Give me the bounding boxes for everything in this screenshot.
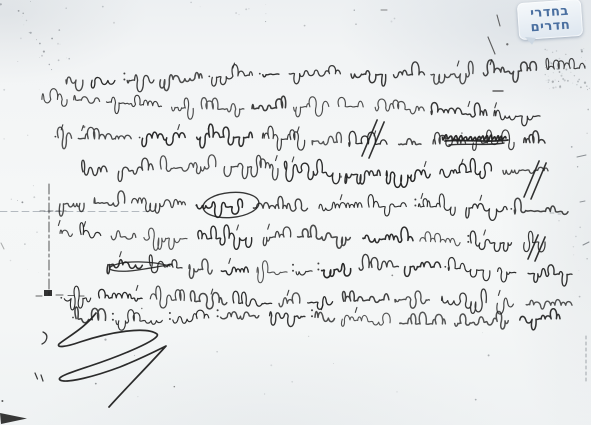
handwritten-word bbox=[308, 297, 333, 310]
noise-speck bbox=[17, 61, 18, 62]
colon-dot bbox=[123, 79, 125, 81]
handwritten-word bbox=[284, 159, 339, 183]
noise-speck bbox=[58, 59, 60, 61]
colon-dot bbox=[112, 313, 114, 315]
stamp-stray-stroke-1 bbox=[497, 15, 500, 26]
noise-speck bbox=[141, 308, 142, 309]
noise-speck bbox=[23, 24, 24, 25]
geresh-mark bbox=[136, 285, 138, 290]
handwritten-word bbox=[263, 74, 279, 77]
noise-speck bbox=[39, 272, 40, 273]
handwritten-word bbox=[520, 309, 560, 330]
stamp-stray-stroke-2 bbox=[488, 37, 495, 54]
handwritten-word bbox=[298, 225, 351, 248]
noise-speck bbox=[24, 243, 25, 244]
noise-speck bbox=[394, 18, 396, 20]
period-dot bbox=[60, 297, 62, 299]
noise-speck bbox=[556, 50, 557, 51]
handwritten-word bbox=[466, 204, 507, 221]
noise-speck bbox=[586, 133, 587, 134]
handwritten-word bbox=[42, 89, 67, 107]
geresh-mark bbox=[84, 222, 86, 227]
geresh-mark bbox=[468, 102, 470, 107]
noise-speck bbox=[475, 399, 477, 401]
period-dot bbox=[510, 208, 512, 210]
noise-speck bbox=[190, 2, 192, 4]
geresh-mark bbox=[495, 103, 497, 108]
noise-speck bbox=[581, 49, 583, 51]
noise-speck bbox=[587, 90, 588, 91]
noise-speck bbox=[488, 354, 490, 356]
noise-speck bbox=[245, 8, 247, 10]
manuscript-line bbox=[60, 285, 572, 314]
geresh-mark bbox=[355, 307, 357, 312]
noise-speck bbox=[18, 10, 20, 12]
noise-speck bbox=[482, 332, 483, 333]
noise-speck bbox=[573, 254, 574, 255]
handwritten-word bbox=[221, 312, 259, 320]
geresh-mark bbox=[340, 195, 342, 200]
noise-speck bbox=[555, 86, 557, 88]
stamp-tail bbox=[524, 37, 536, 45]
handwritten-word bbox=[279, 293, 300, 307]
noise-speck bbox=[39, 43, 41, 45]
noise-speck bbox=[10, 260, 12, 262]
handwritten-word bbox=[59, 203, 84, 216]
noise-speck bbox=[239, 14, 240, 15]
noise-speck bbox=[65, 7, 66, 8]
noise-speck bbox=[17, 200, 18, 201]
handwritten-word bbox=[322, 264, 351, 278]
noise-speck bbox=[548, 82, 549, 83]
noise-speck bbox=[552, 52, 553, 53]
noise-speck bbox=[559, 58, 561, 60]
right-margin-dots bbox=[550, 213, 561, 214]
noise-speck bbox=[68, 58, 70, 60]
noise-speck bbox=[308, 336, 309, 337]
noise-speck bbox=[248, 8, 249, 9]
noise-speck bbox=[546, 49, 547, 50]
noise-speck bbox=[578, 270, 579, 271]
noise-speck bbox=[29, 32, 30, 33]
right-margin-dash-3 bbox=[583, 242, 589, 245]
noise-speck bbox=[555, 80, 556, 81]
manuscript-line bbox=[42, 89, 540, 126]
handwritten-word bbox=[91, 77, 115, 88]
noise-speck bbox=[586, 258, 587, 259]
handwritten-word bbox=[345, 170, 380, 184]
handwritten-word bbox=[197, 124, 253, 148]
signature-flourish bbox=[58, 313, 166, 407]
colon-dot bbox=[123, 73, 125, 75]
handwritten-word bbox=[160, 155, 215, 174]
noise-speck bbox=[22, 12, 24, 14]
noise-speck bbox=[355, 24, 356, 25]
handwritten-word bbox=[470, 231, 511, 251]
noise-speck bbox=[461, 132, 463, 134]
noise-speck bbox=[1, 400, 3, 402]
handwritten-word bbox=[57, 127, 71, 149]
corner-smudge bbox=[0, 413, 27, 424]
noise-speck bbox=[396, 391, 397, 392]
handwritten-word bbox=[149, 255, 182, 273]
noise-speck bbox=[104, 339, 106, 341]
noise-speck bbox=[304, 25, 306, 27]
handwritten-text-lines bbox=[42, 58, 585, 330]
noise-speck bbox=[549, 88, 550, 89]
geresh-mark bbox=[292, 157, 294, 162]
noise-speck bbox=[51, 38, 53, 40]
period-dot bbox=[208, 76, 210, 78]
noise-speck bbox=[573, 246, 574, 247]
noise-speck bbox=[574, 75, 575, 76]
geresh-mark bbox=[484, 230, 486, 235]
handwritten-word bbox=[252, 96, 286, 110]
handwritten-word bbox=[431, 61, 473, 84]
noise-speck bbox=[66, 58, 67, 59]
noise-speck bbox=[577, 81, 579, 83]
handwritten-word bbox=[253, 196, 307, 211]
colon-dot bbox=[112, 319, 114, 321]
noise-speck bbox=[548, 79, 550, 81]
noise-speck bbox=[174, 386, 176, 388]
noise-speck bbox=[559, 85, 561, 87]
noise-speck bbox=[544, 49, 545, 50]
geresh-mark bbox=[178, 125, 180, 130]
colon-dot bbox=[311, 315, 313, 317]
noise-speck bbox=[58, 29, 60, 31]
geresh-mark bbox=[233, 63, 235, 68]
double-slash-mark bbox=[362, 120, 384, 158]
geresh-mark bbox=[297, 127, 299, 132]
left-edge-mark bbox=[1, 243, 4, 249]
geresh-mark bbox=[457, 61, 459, 66]
noise-speck bbox=[559, 71, 561, 73]
handwritten-word bbox=[201, 98, 244, 117]
geresh-mark bbox=[58, 221, 60, 226]
handwritten-word bbox=[111, 231, 136, 240]
period-dot bbox=[72, 317, 74, 319]
handwritten-word bbox=[431, 103, 487, 117]
handwritten-word bbox=[524, 131, 545, 143]
handwritten-word bbox=[440, 159, 492, 179]
scanned-document-page: בחדרי חדרים bbox=[0, 0, 591, 425]
handwritten-word bbox=[60, 230, 72, 236]
handwritten-word bbox=[442, 289, 487, 313]
geresh-mark bbox=[211, 289, 213, 294]
geresh-mark bbox=[321, 305, 323, 310]
noise-speck bbox=[39, 89, 40, 90]
geresh-mark bbox=[421, 194, 423, 199]
handwritten-word bbox=[173, 310, 209, 323]
geresh-mark bbox=[229, 258, 231, 263]
noise-speck bbox=[571, 146, 573, 148]
noise-speck bbox=[27, 269, 28, 270]
colon-dot bbox=[217, 309, 219, 311]
period-dot bbox=[444, 266, 446, 268]
colon-dot bbox=[414, 199, 416, 201]
noise-speck bbox=[579, 226, 581, 228]
colon-dot bbox=[292, 264, 294, 266]
handwritten-word bbox=[296, 271, 312, 275]
noise-speck bbox=[333, 363, 334, 364]
handwritten-word bbox=[498, 268, 516, 282]
noise-speck bbox=[565, 69, 567, 71]
noise-speck bbox=[30, 32, 32, 34]
noise-speck bbox=[266, 4, 267, 5]
noise-speck bbox=[582, 62, 583, 63]
noise-speck bbox=[200, 6, 201, 7]
noise-speck bbox=[41, 55, 43, 57]
noise-speck bbox=[11, 199, 12, 200]
noise-speck bbox=[391, 21, 393, 23]
noise-speck bbox=[576, 84, 577, 85]
handwritten-word bbox=[78, 127, 131, 139]
geresh-mark bbox=[276, 156, 278, 161]
signature-zigzag bbox=[58, 313, 166, 407]
double-slash-mark bbox=[524, 161, 546, 199]
handwritten-word bbox=[393, 62, 424, 78]
circled-word-oval bbox=[202, 190, 260, 220]
noise-speck bbox=[579, 296, 581, 298]
manuscript-line bbox=[58, 221, 545, 252]
handwritten-word bbox=[294, 97, 329, 117]
handwritten-word bbox=[341, 313, 390, 326]
noise-speck bbox=[57, 43, 59, 45]
colon-dot bbox=[311, 309, 313, 311]
noise-speck bbox=[60, 44, 61, 45]
noise-speck bbox=[43, 51, 45, 53]
noise-speck bbox=[102, 6, 104, 8]
handwritten-word bbox=[315, 312, 335, 322]
geresh-mark bbox=[424, 162, 426, 167]
handwritten-word bbox=[448, 258, 490, 281]
geresh-mark bbox=[498, 290, 500, 295]
period-dot bbox=[139, 137, 141, 139]
handwritten-word bbox=[312, 132, 341, 144]
noise-speck bbox=[36, 231, 38, 233]
noise-speck bbox=[565, 54, 566, 55]
handwritten-word bbox=[514, 198, 568, 214]
noise-speck bbox=[95, 383, 97, 385]
noise-speck bbox=[27, 135, 28, 136]
handwritten-word bbox=[524, 231, 545, 252]
bottom-left-tick-2 bbox=[41, 375, 43, 381]
noise-speck bbox=[264, 394, 265, 395]
noise-speck bbox=[577, 166, 578, 167]
noise-speck bbox=[549, 61, 551, 63]
noise-speck bbox=[21, 201, 23, 203]
handwritten-word bbox=[399, 139, 421, 145]
handwritten-word bbox=[66, 77, 83, 91]
noise-speck bbox=[567, 80, 569, 82]
geresh-mark bbox=[374, 131, 376, 136]
noise-speck bbox=[552, 81, 554, 83]
noise-speck bbox=[506, 43, 508, 45]
strikethrough-line bbox=[445, 140, 508, 141]
noise-speck bbox=[0, 3, 2, 5]
geresh-mark bbox=[237, 225, 239, 230]
double-slash-mark bbox=[528, 235, 545, 261]
handwritten-word bbox=[494, 110, 540, 126]
handwritten-word bbox=[342, 291, 388, 302]
noise-speck bbox=[586, 85, 588, 87]
noise-speck bbox=[391, 275, 393, 277]
handwritten-word bbox=[363, 227, 413, 243]
handwritten-word bbox=[99, 289, 143, 301]
noise-speck bbox=[585, 60, 586, 61]
stamp-text-line2: חדרים bbox=[530, 18, 571, 35]
noise-speck bbox=[550, 62, 552, 64]
noise-speck bbox=[584, 82, 586, 84]
noise-speck bbox=[570, 72, 571, 73]
noise-speck bbox=[573, 83, 574, 84]
noise-speck bbox=[134, 355, 135, 356]
noise-speck bbox=[552, 83, 553, 84]
handwritten-word bbox=[526, 300, 572, 309]
manuscript-ink-layer bbox=[0, 0, 591, 425]
handwritten-word bbox=[257, 261, 287, 283]
handwritten-word bbox=[224, 155, 278, 180]
handwritten-word bbox=[483, 60, 536, 82]
geresh-mark bbox=[208, 124, 210, 129]
noise-speck bbox=[22, 16, 23, 17]
handwritten-word bbox=[132, 198, 186, 213]
noise-speck bbox=[583, 48, 584, 49]
manuscript-line bbox=[72, 305, 560, 330]
handwritten-word bbox=[221, 267, 248, 275]
handwritten-word bbox=[319, 202, 362, 211]
handwritten-word bbox=[289, 66, 340, 84]
noise-speck bbox=[265, 13, 266, 14]
noise-speck bbox=[562, 73, 563, 74]
handwritten-word bbox=[64, 286, 90, 310]
handwritten-word bbox=[189, 259, 212, 278]
handwritten-word bbox=[118, 158, 153, 181]
noise-speck bbox=[137, 396, 138, 397]
noise-speck bbox=[235, 12, 237, 14]
handwritten-word bbox=[368, 195, 406, 216]
geresh-mark bbox=[82, 126, 84, 131]
handwritten-word bbox=[349, 131, 387, 146]
handwritten-word bbox=[212, 65, 253, 86]
noise-speck bbox=[265, 21, 266, 22]
handwritten-word bbox=[351, 71, 386, 86]
colon-dot bbox=[414, 205, 416, 207]
noise-speck bbox=[33, 196, 35, 198]
noise-speck bbox=[36, 39, 37, 40]
colon-dot bbox=[217, 315, 219, 317]
handwritten-word bbox=[144, 228, 187, 250]
noise-speck bbox=[33, 185, 34, 186]
handwritten-word bbox=[359, 254, 398, 270]
handwritten-word bbox=[375, 99, 424, 114]
manuscript-line bbox=[66, 58, 585, 91]
noise-speck bbox=[291, 381, 293, 383]
noise-speck bbox=[51, 69, 52, 70]
colon-dot bbox=[467, 241, 469, 243]
right-margin-dash-2 bbox=[580, 201, 585, 202]
handwritten-word bbox=[386, 170, 430, 188]
handwritten-word bbox=[395, 291, 430, 308]
handwritten-word bbox=[142, 132, 185, 146]
fold-dashes-right bbox=[36, 295, 84, 296]
noise-speck bbox=[354, 9, 355, 10]
noise-speck bbox=[575, 236, 576, 237]
geresh-mark bbox=[287, 290, 289, 295]
noise-speck bbox=[561, 75, 563, 77]
noise-speck bbox=[562, 78, 564, 80]
geresh-mark bbox=[268, 224, 270, 229]
geresh-mark bbox=[480, 195, 482, 200]
noise-speck bbox=[113, 22, 115, 24]
bechadrei-chadarim-stamp: בחדרי חדרים bbox=[517, 0, 583, 40]
handwritten-word bbox=[420, 232, 460, 246]
handwritten-word bbox=[190, 291, 226, 309]
noise-speck bbox=[39, 57, 40, 58]
handwritten-word bbox=[116, 310, 162, 330]
noise-speck bbox=[558, 81, 559, 82]
noise-speck bbox=[20, 37, 22, 39]
noise-speck bbox=[553, 72, 554, 73]
handwritten-word bbox=[150, 286, 184, 308]
handwritten-word bbox=[172, 98, 194, 119]
handwritten-word bbox=[338, 97, 363, 107]
manuscript-line bbox=[59, 191, 568, 220]
noise-speck bbox=[552, 87, 554, 89]
geresh-mark bbox=[120, 252, 122, 257]
manuscript-line bbox=[107, 252, 572, 286]
period-dot bbox=[55, 136, 57, 138]
noise-speck bbox=[587, 109, 589, 111]
handwritten-word bbox=[404, 262, 440, 277]
handwritten-word bbox=[263, 227, 290, 246]
colon-dot bbox=[292, 270, 294, 272]
noise-speck bbox=[589, 88, 590, 89]
period-dot bbox=[259, 73, 261, 75]
bottom-left-comma bbox=[42, 332, 47, 344]
right-margin-dash-1 bbox=[577, 155, 586, 157]
noise-speck bbox=[548, 76, 549, 77]
noise-speck bbox=[545, 74, 546, 75]
colon-dot bbox=[467, 235, 469, 237]
colon-dot bbox=[169, 312, 171, 314]
noise-speck bbox=[578, 79, 580, 81]
handwritten-word bbox=[106, 95, 161, 113]
handwritten-word bbox=[74, 95, 100, 103]
handwritten-word bbox=[94, 191, 125, 206]
noise-speck bbox=[582, 67, 583, 68]
noise-speck bbox=[558, 220, 559, 221]
handwritten-word bbox=[127, 75, 154, 92]
manuscript-line bbox=[82, 155, 548, 187]
fold-blob bbox=[44, 290, 52, 296]
handwritten-word bbox=[82, 160, 107, 175]
handwritten-word bbox=[270, 312, 305, 327]
handwritten-word bbox=[80, 223, 101, 238]
colon-dot bbox=[169, 318, 171, 320]
bottom-left-tick-1 bbox=[35, 373, 38, 379]
noise-speck bbox=[545, 67, 546, 68]
handwritten-word bbox=[418, 194, 455, 215]
handwritten-word bbox=[528, 265, 572, 286]
noise-speck bbox=[30, 1, 31, 2]
handwritten-word bbox=[198, 225, 252, 249]
noise-speck bbox=[546, 80, 547, 81]
handwritten-word bbox=[233, 291, 272, 306]
noise-speck bbox=[3, 89, 5, 91]
colon-dot bbox=[317, 269, 319, 271]
